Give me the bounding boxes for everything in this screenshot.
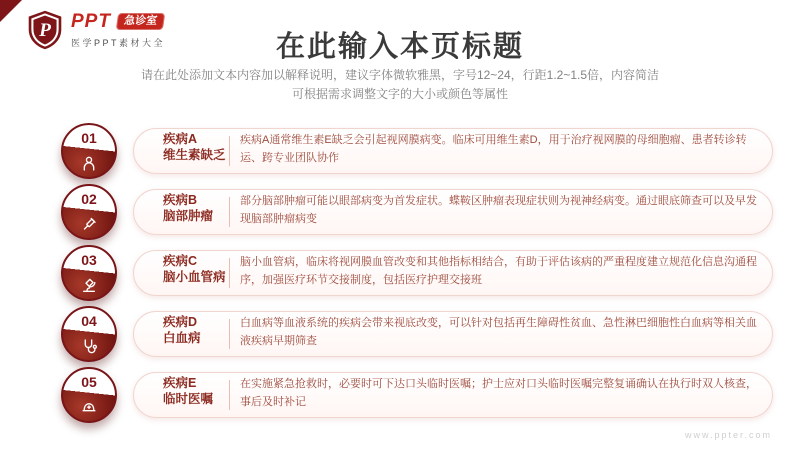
item-subname: 脑小血管病	[163, 270, 226, 284]
watermark: www.ppter.com	[685, 430, 772, 440]
item-description: 在实施紧急抢救时，必要时可下达口头临时医嘱；护士应对口头临时医嘱完整复诵确认在执…	[240, 376, 760, 411]
item-subname: 白血病	[163, 331, 201, 345]
item-name: 疾病C	[163, 254, 197, 268]
stethoscope-icon	[81, 338, 98, 355]
item-name: 疾病E	[163, 376, 196, 390]
item-label: 疾病D 白血病	[163, 314, 233, 347]
list-item: 02 疾病B 脑部肿瘤 部分脑部肿瘤可能以眼部病变为首发症状。蝶鞍区肿瘤表现症状…	[0, 184, 800, 245]
corner-triangle-decoration	[0, 0, 22, 22]
item-number: 03	[63, 252, 115, 268]
list-item: 03 疾病C 脑小血管病 脑小血管病，临床将视网膜血管改变和其他指标相结合，有助…	[0, 245, 800, 306]
item-number: 01	[63, 130, 115, 146]
vertical-divider	[229, 258, 230, 288]
item-label: 疾病A 维生素缺乏	[163, 131, 233, 164]
subtitle-line-2: 可根据需求调整文字的大小或颜色等属性	[292, 87, 508, 101]
item-number-circle: 04	[61, 306, 117, 362]
vertical-divider	[229, 380, 230, 410]
microscope-icon	[81, 277, 98, 294]
item-number: 04	[63, 313, 115, 329]
item-name: 疾病D	[163, 315, 197, 329]
vertical-divider	[229, 136, 230, 166]
item-number-circle: 03	[61, 245, 117, 301]
vertical-divider	[229, 197, 230, 227]
item-number: 02	[63, 191, 115, 207]
item-description: 疾病A通常维生素E缺乏会引起视网膜病变。临床可用维生素D，用于治疗视网膜的母细胞…	[240, 132, 760, 167]
item-number-circle: 05	[61, 367, 117, 423]
nurse-cap-icon	[81, 399, 98, 416]
page-subtitle: 请在此处添加文本内容加以解释说明，建议字体微软雅黑，字号12~24，行距1.2~…	[0, 66, 800, 103]
page-title: 在此输入本页标题	[0, 24, 800, 65]
item-name: 疾病A	[163, 132, 197, 146]
item-description: 白血病等血液系统的疾病会带来视底改变，可以针对包括再生障碍性贫血、急性淋巴细胞性…	[240, 315, 760, 350]
item-description: 部分脑部肿瘤可能以眼部病变为首发症状。蝶鞍区肿瘤表现症状则为视神经病变。通过眼底…	[240, 193, 760, 228]
list-item: 05 疾病E 临时医嘱 在实施紧急抢救时，必要时可下达口头临时医嘱；护士应对口头…	[0, 367, 800, 428]
item-label: 疾病E 临时医嘱	[163, 375, 233, 408]
item-number-circle: 01	[61, 123, 117, 179]
subtitle-line-1: 请在此处添加文本内容加以解释说明，建议字体微软雅黑，字号12~24，行距1.2~…	[141, 68, 659, 82]
patient-icon	[81, 155, 98, 172]
item-subname: 维生素缺乏	[163, 148, 226, 162]
item-label: 疾病B 脑部肿瘤	[163, 192, 233, 225]
vertical-divider	[229, 319, 230, 349]
item-number-circle: 02	[61, 184, 117, 240]
list-item: 04 疾病D 白血病 白血病等血液系统的疾病会带来视底改变，可以针对包括再生障碍…	[0, 306, 800, 367]
item-number: 05	[63, 374, 115, 390]
item-label: 疾病C 脑小血管病	[163, 253, 233, 286]
item-subname: 脑部肿瘤	[163, 209, 213, 223]
list-item: 01 疾病A 维生素缺乏 疾病A通常维生素E缺乏会引起视网膜病变。临床可用维生素…	[0, 123, 800, 184]
item-description: 脑小血管病，临床将视网膜血管改变和其他指标相结合，有助于评估该病的严重程度建立规…	[240, 254, 760, 289]
syringe-icon	[81, 216, 98, 233]
item-name: 疾病B	[163, 193, 197, 207]
item-subname: 临时医嘱	[163, 392, 213, 406]
